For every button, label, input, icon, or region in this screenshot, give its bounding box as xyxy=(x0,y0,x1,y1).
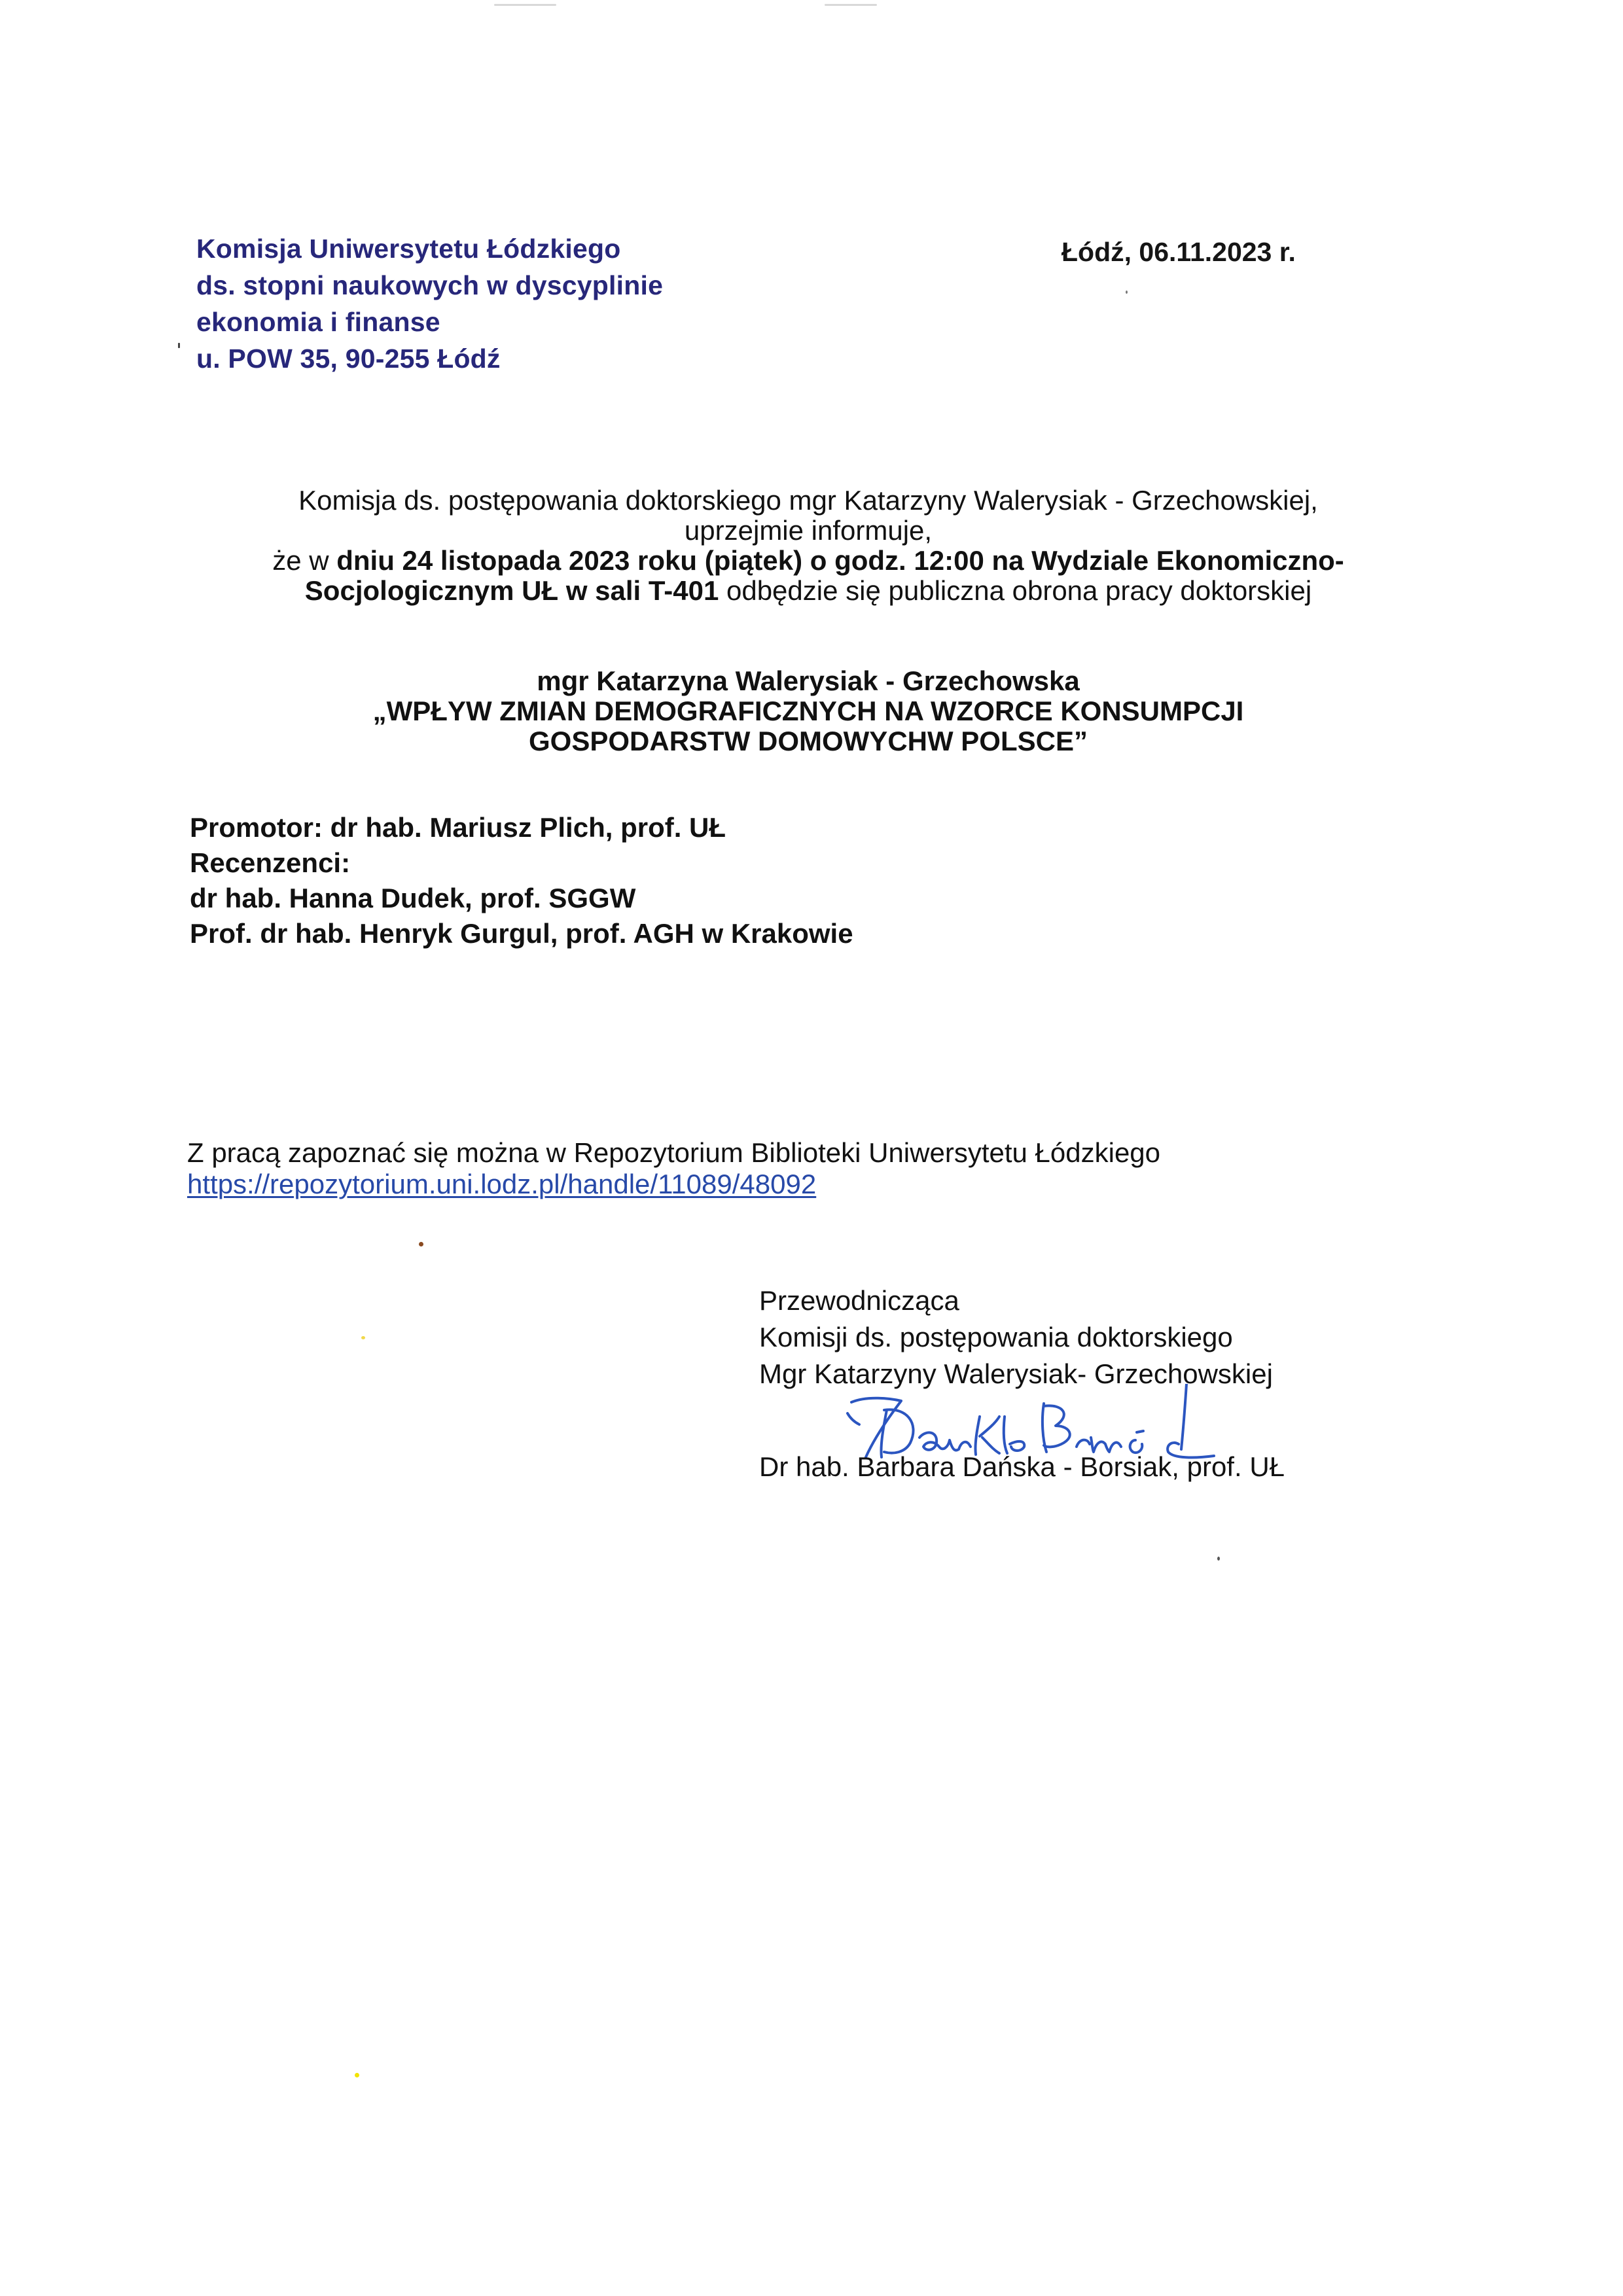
scan-speck xyxy=(355,2073,359,2077)
scan-speck xyxy=(419,1242,423,1246)
signer-name: Dr hab. Barbara Dańska - Borsiak, prof. … xyxy=(759,1451,1285,1483)
institution-line: Komisja Uniwersytetu Łódzkiego xyxy=(196,230,663,267)
scan-speck xyxy=(361,1336,365,1339)
defense-room: Socjologicznym UŁ w sali T-401 xyxy=(305,575,719,606)
institution-line: ekonomia i finanse xyxy=(196,304,663,340)
intro-line: Socjologicznym UŁ w sali T-401 odbędzie … xyxy=(190,576,1427,606)
intro-line: Komisja ds. postępowania doktorskiego mg… xyxy=(190,486,1427,516)
scan-speck xyxy=(1126,291,1128,294)
institution-header: Komisja Uniwersytetu Łódzkiego ds. stopn… xyxy=(196,230,663,377)
thesis-title: GOSPODARSTW DOMOWYCHW POLSCE” xyxy=(190,726,1427,756)
intro-text: że w xyxy=(272,545,336,576)
signature-role: Przewodnicząca xyxy=(759,1282,1273,1319)
institution-address: u. POW 35, 90-255 Łódź xyxy=(196,340,663,377)
reviewer: Prof. dr hab. Henryk Gurgul, prof. AGH w… xyxy=(190,916,853,951)
signature-role: Komisji ds. postępowania doktorskiego xyxy=(759,1319,1273,1356)
intro-text: odbędzie się publiczna obrona pracy dokt… xyxy=(719,575,1311,606)
intro-line: uprzejmie informuje, xyxy=(190,516,1427,546)
repository-text: Z pracą zapoznać się można w Repozytoriu… xyxy=(187,1137,1160,1169)
committee-people: Promotor: dr hab. Mariusz Plich, prof. U… xyxy=(190,810,853,951)
reviewer: dr hab. Hanna Dudek, prof. SGGW xyxy=(190,881,853,916)
thesis-block: mgr Katarzyna Walerysiak - Grzechowska „… xyxy=(190,666,1427,756)
reviewers-label: Recenzenci: xyxy=(190,845,853,881)
promotor: Promotor: dr hab. Mariusz Plich, prof. U… xyxy=(190,810,853,845)
defense-date-location: dniu 24 listopada 2023 roku (piątek) o g… xyxy=(336,545,1344,576)
thesis-title: „WPŁYW ZMIAN DEMOGRAFICZNYCH NA WZORCE K… xyxy=(190,696,1427,726)
scan-artifact xyxy=(825,4,877,6)
announcement-paragraph: Komisja ds. postępowania doktorskiego mg… xyxy=(190,486,1427,606)
scan-speck xyxy=(1217,1557,1220,1561)
intro-line: że w dniu 24 listopada 2023 roku (piątek… xyxy=(190,546,1427,576)
repository-link[interactable]: https://repozytorium.uni.lodz.pl/handle/… xyxy=(187,1169,816,1199)
signature-block: Przewodnicząca Komisji ds. postępowania … xyxy=(759,1282,1273,1392)
thesis-author: mgr Katarzyna Walerysiak - Grzechowska xyxy=(190,666,1427,696)
scan-speck xyxy=(178,343,180,348)
document-date: Łódź, 06.11.2023 r. xyxy=(1061,237,1296,268)
institution-line: ds. stopni naukowych w dyscyplinie xyxy=(196,267,663,304)
scan-artifact xyxy=(494,4,556,6)
repository-note: Z pracą zapoznać się można w Repozytoriu… xyxy=(187,1137,1160,1200)
